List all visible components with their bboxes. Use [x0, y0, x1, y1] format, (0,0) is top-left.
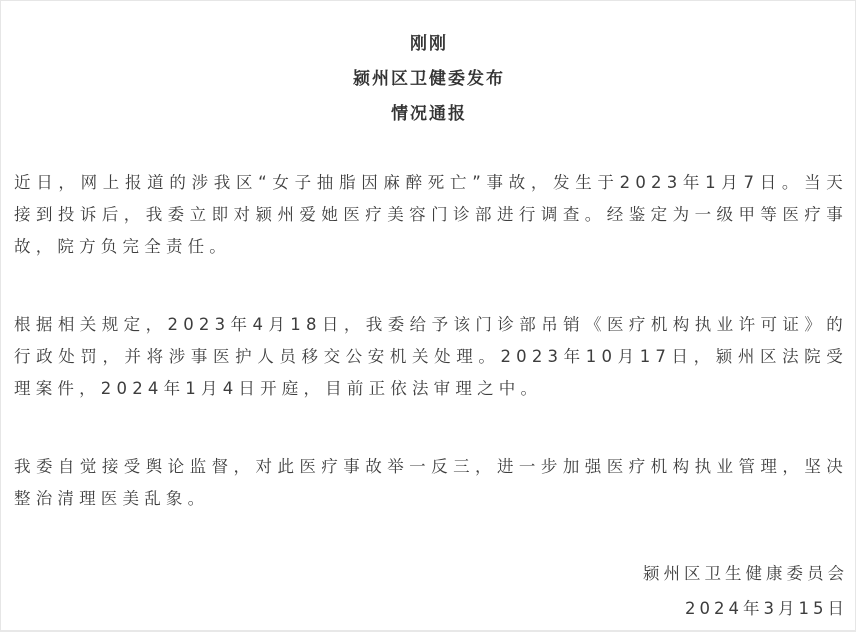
notice-header: 刚刚 颍州区卫健委发布 情况通报 — [0, 30, 858, 135]
paragraph-penalty: 根据相关规定，2023年4月18日，我委给予该门诊部吊销《医疗机构执业许可证》的… — [14, 309, 848, 405]
paragraph-commitment: 我委自觉接受舆论监督，对此医疗事故举一反三，进一步加强医疗机构执业管理，坚决整治… — [14, 451, 848, 515]
paragraph-incident: 近日，网上报道的涉我区“女子抽脂因麻醉死亡”事故，发生于2023年1月7日。当天… — [14, 167, 848, 263]
signature-organization: 颍州区卫生健康委员会 — [643, 560, 848, 584]
header-kicker: 刚刚 — [0, 30, 858, 65]
notice-title: 情况通报 — [0, 100, 858, 135]
header-publisher: 颍州区卫健委发布 — [0, 65, 858, 100]
signature-date: 2024年3月15日 — [685, 595, 848, 619]
